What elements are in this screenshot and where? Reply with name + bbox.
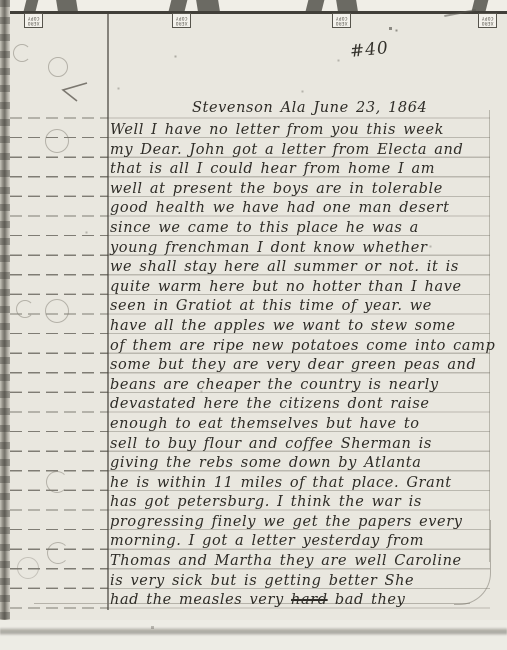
margin-vertical-line bbox=[107, 13, 109, 610]
scan-noise-speckles bbox=[0, 0, 1, 1]
letter-line: good health we have had one man desert bbox=[110, 199, 495, 219]
stamp-text: COPY bbox=[335, 16, 347, 21]
xero-copy-stamp: XERO COPY bbox=[172, 13, 191, 28]
letter-body: Well I have no letter from you this week… bbox=[110, 121, 495, 591]
scan-left-edge bbox=[0, 0, 10, 641]
punch-hole bbox=[16, 300, 34, 318]
struck-word: hard bbox=[291, 592, 328, 608]
letter-line: well at present the boys are in tolerabl… bbox=[110, 180, 495, 200]
letter-line: enough to eat themselves but have to bbox=[110, 415, 495, 435]
page-number: #40 bbox=[349, 38, 390, 62]
punch-hole bbox=[45, 129, 69, 153]
letter-line: giving the rebs some down by Atlanta bbox=[110, 454, 495, 474]
letter-line: young frenchman I dont know whether bbox=[110, 239, 495, 259]
stamp-text: XERO bbox=[335, 21, 347, 26]
letter-line: of them are ripe new potatoes come into … bbox=[110, 337, 495, 357]
letter-line: that is all I could hear from home I am bbox=[110, 160, 495, 180]
xero-copy-stamp: XERO COPY bbox=[24, 13, 43, 28]
punch-hole bbox=[45, 299, 69, 323]
punch-hole bbox=[13, 44, 31, 62]
letter-line: sell to buy flour and coffee Sherman is bbox=[110, 435, 495, 455]
letter-dateline: Stevenson Ala June 23, 1864 bbox=[192, 100, 427, 116]
letter-line-text: had the measles very bbox=[110, 592, 291, 608]
letter-line: he is within 11 miles of that place. Gra… bbox=[110, 474, 495, 494]
letter-line: Well I have no letter from you this week bbox=[110, 121, 495, 141]
punch-hole bbox=[48, 57, 68, 77]
letter-line: devastated here the citizens dont raise bbox=[110, 395, 495, 415]
letter-line: quite warm here but no hotter than I hav… bbox=[110, 278, 495, 298]
pencil-checkmark-icon bbox=[60, 80, 90, 104]
letter-line-text: bad they bbox=[328, 592, 406, 608]
stamp-text: XERO bbox=[27, 21, 39, 26]
letter-line: have all the apples we want to stew some bbox=[110, 317, 495, 337]
stamp-text: COPY bbox=[175, 16, 187, 21]
copy-edge-line bbox=[5, 11, 507, 14]
binder-tab-icon bbox=[336, 0, 358, 11]
margin-ruled-dashes bbox=[10, 99, 108, 614]
stamp-text: COPY bbox=[27, 16, 39, 21]
letter-line: since we came to this place he was a bbox=[110, 219, 495, 239]
stamp-text: XERO bbox=[175, 21, 187, 26]
binder-tab-icon bbox=[196, 0, 220, 11]
xero-copy-stamp: XERO COPY bbox=[478, 13, 497, 28]
letter-line: Thomas and Martha they are well Caroline bbox=[110, 552, 495, 572]
scan-bottom-streak bbox=[0, 627, 507, 636]
letter-line: we shall stay here all summer or not. it… bbox=[110, 258, 495, 278]
letter-line: beans are cheaper the country is nearly bbox=[110, 376, 495, 396]
stamp-text: XERO bbox=[481, 21, 493, 26]
letter-line: progressing finely we get the papers eve… bbox=[110, 513, 495, 533]
letter-line: some but they are very dear green peas a… bbox=[110, 356, 495, 376]
binder-tab-icon bbox=[169, 0, 188, 11]
letter-line-last: had the measles very hard bad they bbox=[110, 591, 405, 611]
punch-hole bbox=[47, 542, 69, 564]
punch-hole bbox=[46, 471, 68, 493]
letter-line: has got petersburg. I think the war is bbox=[110, 493, 495, 513]
letter-line: seen in Gratiot at this time of year. we bbox=[110, 297, 495, 317]
letter-line: morning. I got a letter yesterday from bbox=[110, 532, 495, 552]
letter-line: my Dear. John got a letter from Electa a… bbox=[110, 141, 495, 161]
binder-tab-icon bbox=[306, 0, 325, 11]
stamp-text: COPY bbox=[481, 16, 493, 21]
binder-tab-icon bbox=[56, 0, 78, 11]
punch-hole bbox=[17, 557, 39, 579]
xero-copy-stamp: XERO COPY bbox=[332, 13, 351, 28]
letter-scan-page: { "scan": { "stamp_lines": ["XERO", "COP… bbox=[0, 0, 507, 650]
letter-line: is very sick but is getting better She bbox=[110, 572, 495, 592]
